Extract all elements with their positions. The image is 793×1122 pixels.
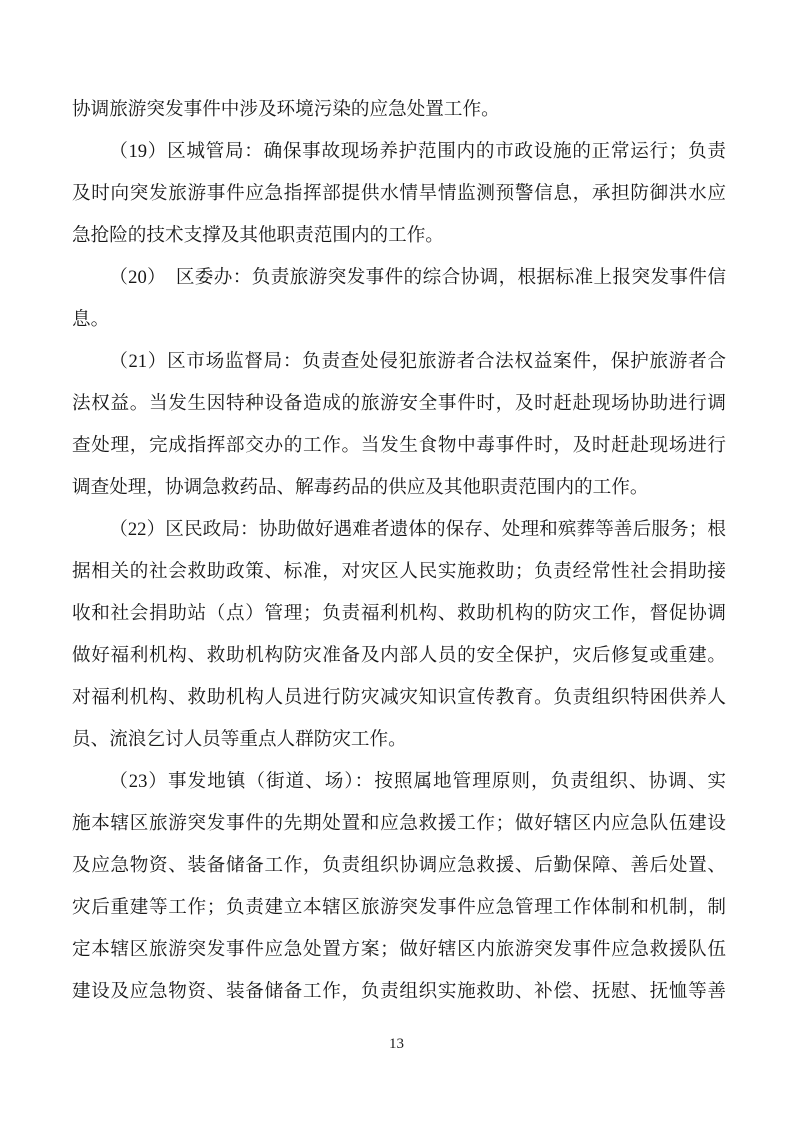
text-line: 查处理，完成指挥部交办的工作。当发生食物中毒事件时，及时赶赴现场进行	[72, 425, 726, 467]
text-line: 员、流浪乞讨人员等重点人群防灾工作。	[72, 719, 726, 761]
text-line: （21）区市场监督局：负责查处侵犯旅游者合法权益案件，保护旅游者合	[72, 341, 726, 383]
text-line: 息。	[72, 299, 726, 341]
text-line: 施本辖区旅游突发事件的先期处置和应急救援工作；做好辖区内应急队伍建设	[72, 803, 726, 845]
document-page: 协调旅游突发事件中涉及环境污染的应急处置工作。（19）区城管局：确保事故现场养护…	[0, 0, 793, 1122]
text-line: 建设及应急物资、装备储备工作，负责组织实施救助、补偿、抚慰、抚恤等善	[72, 971, 726, 1013]
text-line: 定本辖区旅游突发事件应急处置方案；做好辖区内旅游突发事件应急救援队伍	[72, 929, 726, 971]
text-line: 做好福利机构、救助机构防灾准备及内部人员的安全保护，灾后修复或重建。	[72, 635, 726, 677]
text-line: 急抢险的技术支撑及其他职责范围内的工作。	[72, 215, 726, 257]
text-line: （22）区民政局：协助做好遇难者遗体的保存、处理和殡葬等善后服务；根	[72, 509, 726, 551]
text-line: （19）区城管局：确保事故现场养护范围内的市政设施的正常运行；负责	[72, 131, 726, 173]
text-line: 收和社会捐助站（点）管理；负责福利机构、救助机构的防灾工作，督促协调	[72, 593, 726, 635]
text-line: 及应急物资、装备储备工作，负责组织协调应急救援、后勤保障、善后处置、	[72, 845, 726, 887]
text-line: 协调旅游突发事件中涉及环境污染的应急处置工作。	[72, 89, 726, 131]
text-line: 灾后重建等工作；负责建立本辖区旅游突发事件应急管理工作体制和机制，制	[72, 887, 726, 929]
text-line: 法权益。当发生因特种设备造成的旅游安全事件时，及时赶赴现场协助进行调	[72, 383, 726, 425]
text-line: 据相关的社会救助政策、标准，对灾区人民实施救助；负责经常性社会捐助接	[72, 551, 726, 593]
text-line: （20） 区委办：负责旅游突发事件的综合协调，根据标准上报突发事件信	[72, 257, 726, 299]
text-line: 对福利机构、救助机构人员进行防灾减灾知识宣传教育。负责组织特困供养人	[72, 677, 726, 719]
text-line: 调查处理，协调急救药品、解毒药品的供应及其他职责范围内的工作。	[72, 467, 726, 509]
text-line: 及时向突发旅游事件应急指挥部提供水情旱情监测预警信息，承担防御洪水应	[72, 173, 726, 215]
document-body: 协调旅游突发事件中涉及环境污染的应急处置工作。（19）区城管局：确保事故现场养护…	[72, 89, 726, 1013]
text-line: （23）事发地镇（街道、场）：按照属地管理原则，负责组织、协调、实	[72, 761, 726, 803]
page-number: 13	[0, 1033, 793, 1055]
